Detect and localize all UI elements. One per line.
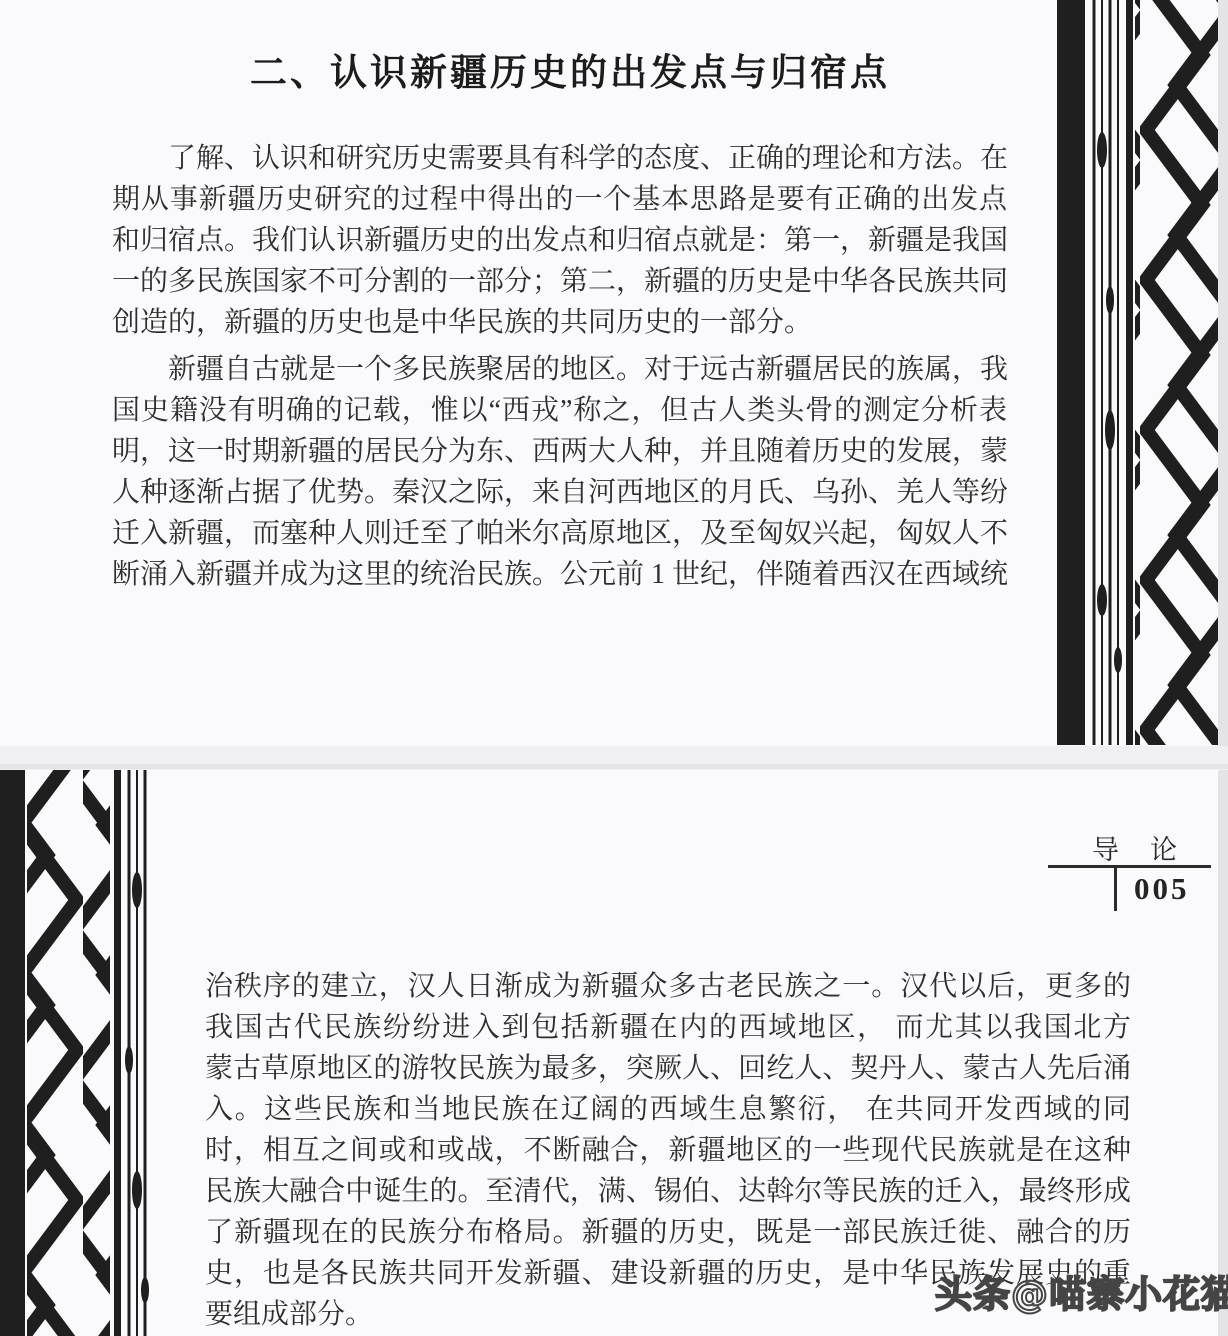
text-line: 入。这些民族和当地民族在辽阔的西域生息繁衍， 在共同开发西域的同	[205, 1089, 1131, 1130]
page-divider-line	[0, 764, 1228, 769]
text-line: 我国古代民族纷纷进入到包括新疆在内的西域地区， 而尤其以我国北方	[205, 1007, 1131, 1048]
scanned-book-spread: 二、认识新疆历史的出发点与归宿点 了解、认识和研究历史需要具有科学的态度、正确的…	[0, 0, 1228, 1336]
page-divider	[0, 746, 1228, 770]
text-line: 一的多民族国家不可分割的一部分；第二，新疆的历史是中华各民族共同	[112, 261, 1007, 302]
text-line: 期从事新疆历史研究的过程中得出的一个基本思路是要有正确的出发点	[112, 179, 1007, 220]
text-line: 蒙古草原地区的游牧民族为最多，突厥人、回纥人、契丹人、蒙古人先后涌	[205, 1048, 1131, 1089]
zigzag-pattern-right	[1057, 0, 1218, 745]
zigzag-pattern-left	[0, 770, 150, 1336]
page-bottom: 导 论 005 治秩序的建立，汉人日渐成为新疆众多古老民族之一。汉代以后，更多的…	[0, 770, 1228, 1336]
text-line: 迁入新疆，而塞种人则迁至了帕米尔高原地区，及至匈奴兴起，匈奴人不	[112, 513, 1007, 554]
text-line: 民族大融合中诞生的。至清代，满、锡伯、达斡尔等民族的迁入，最终形成	[205, 1171, 1131, 1212]
top-paragraph-2: 新疆自古就是一个多民族聚居的地区。对于远古新疆居民的族属，我 国史籍没有明确的记…	[112, 349, 1007, 595]
text-line: 断涌入新疆并成为这里的统治民族。公元前 1 世纪，伴随着西汉在西域统	[112, 554, 1007, 595]
text-line: 了新疆现在的民族分布格局。新疆的历史，既是一部民族迁徙、融合的历	[205, 1212, 1131, 1253]
ethnic-border-right	[1057, 0, 1218, 745]
running-head-rule-vertical	[1114, 865, 1117, 911]
text-line: 治秩序的建立，汉人日渐成为新疆众多古老民族之一。汉代以后，更多的	[205, 966, 1131, 1007]
text-line: 和归宿点。我们认识新疆历史的出发点和归宿点就是：第一，新疆是我国统	[112, 220, 1007, 261]
text-line: 创造的，新疆的历史也是中华民族的共同历史的一部分。	[112, 302, 1007, 343]
running-head-rule-horizontal	[1048, 865, 1211, 868]
text-line: 了解、认识和研究历史需要具有科学的态度、正确的理论和方法。在长	[112, 138, 1007, 179]
page-number: 005	[1134, 871, 1190, 907]
text-line: 国史籍没有明确的记载，惟以“西戎”称之，但古人类头骨的测定分析表	[112, 390, 1007, 431]
text-line: 明，这一时期新疆的居民分为东、西两大人种，并且随着历史的发展，蒙古	[112, 431, 1007, 472]
running-head: 导 论	[1092, 828, 1212, 867]
text-line: 人种逐渐占据了优势。秦汉之际，来自河西地区的月氏、乌孙、羌人等纷纷	[112, 472, 1007, 513]
section-title: 二、认识新疆历史的出发点与归宿点	[130, 42, 1010, 96]
ethnic-border-left	[0, 770, 150, 1336]
text-line: 时，相互之间或和或战，不断融合，新疆地区的一些现代民族就是在这种	[205, 1130, 1131, 1171]
watermark: 头条@喵寨小花猫	[935, 1264, 1228, 1318]
text-line: 新疆自古就是一个多民族聚居的地区。对于远古新疆居民的族属，我	[112, 349, 1007, 390]
top-paragraph-1: 了解、认识和研究历史需要具有科学的态度、正确的理论和方法。在长 期从事新疆历史研…	[112, 138, 1007, 343]
